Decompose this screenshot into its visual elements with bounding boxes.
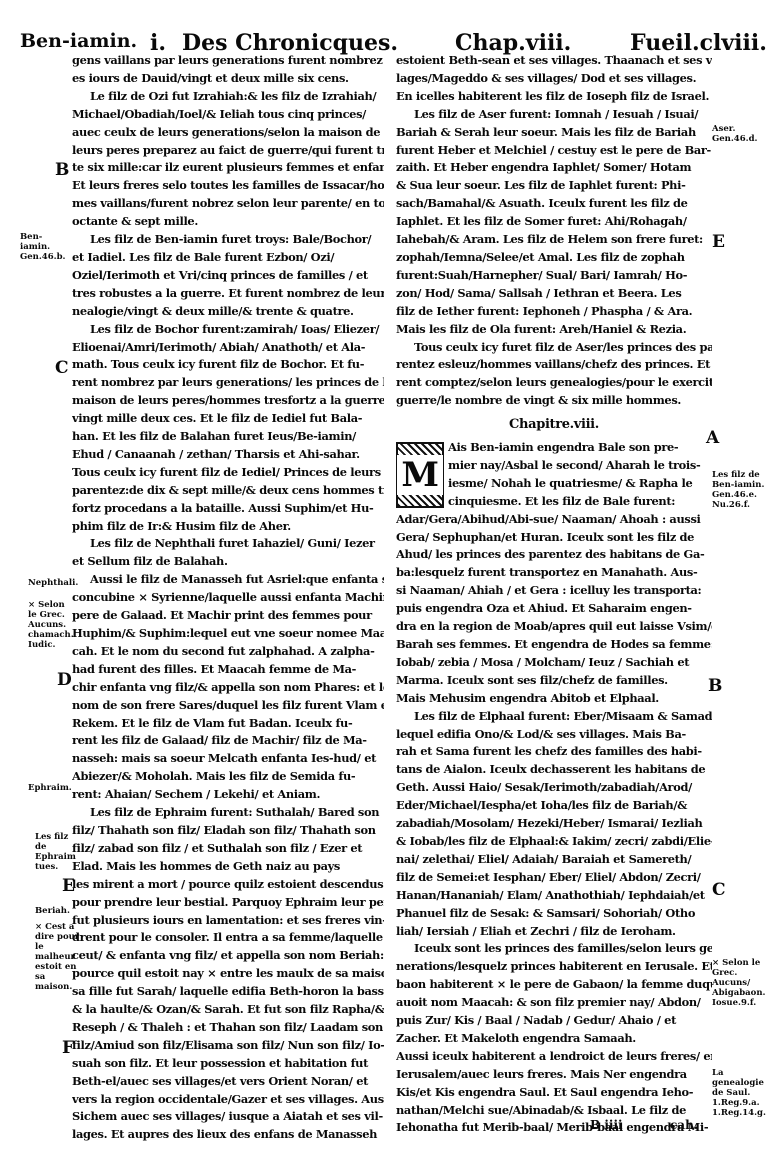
text-line: Hanan/Hananiah/ Elam/ Anathothiah/ Iephd… xyxy=(396,887,712,905)
margin-note-left: Les filz de Ephraim tues. xyxy=(35,832,81,872)
section-letter-marker: E xyxy=(62,876,75,896)
text-line: zophah/Iemna/Selee/et Amal. Les filz de … xyxy=(396,249,712,267)
section-letter-marker: E xyxy=(712,232,725,252)
text-line: nom de son frere Sares/duquel les filz f… xyxy=(72,697,384,715)
section-letter-marker: B xyxy=(55,160,69,180)
text-line: furent Heber et Melchiel / cestuy est le… xyxy=(396,142,712,160)
margin-note-left: Ephraim. xyxy=(28,783,74,793)
margin-note-left: Nephthali. xyxy=(28,578,74,588)
text-line: lequel edifia Ono/& Lod/& ses villages. … xyxy=(396,726,712,744)
text-line: Ehud / Canaanah / zethan/ Tharsis et Ahi… xyxy=(72,446,384,464)
text-line: rentez esleuz/hommes vaillans/chefz des … xyxy=(396,356,712,374)
text-line: nai/ zelethai/ Eliel/ Adaiah/ Baraiah et… xyxy=(396,851,712,869)
text-line: Tous ceulx icy furent filz de Iediel/ Pr… xyxy=(72,464,384,482)
text-line: rah et Sama furent les chefz des famille… xyxy=(396,743,712,761)
text-line: vingt mille deux ces. Et le filz de Iedi… xyxy=(72,410,384,428)
text-line: furent:Suah/Harnepher/ Sual/ Bari/ Iamra… xyxy=(396,267,712,285)
text-line: had furent des filles. Et Maacah femme d… xyxy=(72,661,384,679)
section-letter-marker: D xyxy=(57,670,72,690)
text-line: Oziel/Ierimoth et Vri/cinq princes de fa… xyxy=(72,267,384,285)
right-column-bottom-text: Adar/Gera/Abihud/Abi-sue/ Naaman/ Ahoah … xyxy=(396,511,712,1138)
text-line: filz de Semei:et Iesphan/ Eber/ Eliel/ A… xyxy=(396,869,712,887)
text-line: Ierusalem/auec leurs freres. Mais Ner en… xyxy=(396,1066,712,1084)
text-line: auoit nom Maacah: & son filz premier nay… xyxy=(396,994,712,1012)
text-line: lages. Et aupres des lieux des enfans de… xyxy=(72,1126,384,1144)
text-line: nerations/lesquelz princes habiterent en… xyxy=(396,958,712,976)
text-line: Elad. Mais les hommes de Geth naiz au pa… xyxy=(72,858,384,876)
text-line: Les filz de Ephraim furent: Suthalah/ Ba… xyxy=(72,804,384,822)
right-column-top-text: estoient Beth-sean et ses villages. Thaa… xyxy=(396,52,712,410)
section-letter-marker: A xyxy=(706,428,719,448)
text-line: Geth. Aussi Haio/ Sesak/Ierimoth/zabadia… xyxy=(396,779,712,797)
text-line: Phanuel filz de Sesak: & Samsari/ Sohori… xyxy=(396,905,712,923)
text-line: Les filz de Nephthali furet Iahaziel/ Gu… xyxy=(72,535,384,553)
margin-note-right: Les filz de Ben-iamin. Gen.46.e. Nu.26.f… xyxy=(712,470,776,510)
text-line: Ais Ben-iamin engendra Bale son pre- xyxy=(448,439,712,457)
text-line: Huphim/& Suphim:lequel eut vne soeur nom… xyxy=(72,625,384,643)
text-line: et Sellum filz de Balahah. xyxy=(72,553,384,571)
text-line: rent comptez/selon leurs genealogies/pou… xyxy=(396,374,712,392)
text-line: Bariah & Serah leur soeur. Mais les filz… xyxy=(396,124,712,142)
text-line: estoient Beth-sean et ses villages. Thaa… xyxy=(396,52,712,70)
text-line: pere de Galaad. Et Machir print des femm… xyxy=(72,607,384,625)
text-line: suah son filz. Et leur possession et hab… xyxy=(72,1055,384,1073)
right-text-column: estoient Beth-sean et ses villages. Thaa… xyxy=(396,52,712,1137)
text-line: ceut/ & enfanta vng filz/ et appella son… xyxy=(72,947,384,965)
margin-note-left: × Selon le Grec. Aucuns. chamach. Iudic. xyxy=(28,600,74,650)
text-line: baon habiterent × le pere de Gabaon/ la … xyxy=(396,976,712,994)
text-line: & Iobab/les filz de Elphaal:& Iakim/ zec… xyxy=(396,833,712,851)
text-line: tres robustes a la guerre. Et furent nom… xyxy=(72,285,384,303)
text-line: filz/Amiud son filz/Elisama son filz/ Nu… xyxy=(72,1037,384,1055)
initial-lines: Ais Ben-iamin engendra Bale son pre-mier… xyxy=(448,439,712,511)
text-line: Michael/Obadiah/Ioel/& Ieliah tous cinq … xyxy=(72,106,384,124)
text-line: fut plusieurs iours en lamentation: et s… xyxy=(72,912,384,930)
text-line: Le filz de Ozi fut Izrahiah:& les filz d… xyxy=(72,88,384,106)
text-line: puis engendra Oza et Ahiud. Et Saharaim … xyxy=(396,600,712,618)
section-letter-marker: F xyxy=(62,1038,74,1058)
text-line: concubine × Syrienne/laquelle aussi enfa… xyxy=(72,589,384,607)
text-line: dra en la region de Moab/apres quil eut … xyxy=(396,618,712,636)
text-line: Rekem. Et le filz de Vlam fut Badan. Ice… xyxy=(72,715,384,733)
text-line: cah. Et le nom du second fut zalphahad. … xyxy=(72,643,384,661)
text-line: han. Et les filz de Balahan furet Ieus/B… xyxy=(72,428,384,446)
text-line: Aussi iceulx habiterent a lendroict de l… xyxy=(396,1048,712,1066)
text-line: chir enfanta vng filz/& appella son nom … xyxy=(72,679,384,697)
decorated-initial-letter: M xyxy=(396,442,444,508)
text-line: et Iadiel. Les filz de Bale furent Ezbon… xyxy=(72,249,384,267)
text-line: Les filz de Elphaal furent: Eber/Misaam … xyxy=(396,708,712,726)
text-line: & la haulte/& Ozan/& Sarah. Et fut son f… xyxy=(72,1001,384,1019)
text-line: phim filz de Ir:& Husim filz de Aher. xyxy=(72,518,384,536)
text-line: filz/ Thahath son filz/ Eladah son filz/… xyxy=(72,822,384,840)
text-line: Elioenai/Amri/Ierimoth/ Abiah/ Anathoth/… xyxy=(72,339,384,357)
text-line: ba:lesquelz furent transportez en Manaha… xyxy=(396,564,712,582)
text-line: Iobab/ zebia / Mosa / Molcham/ Ieuz / Sa… xyxy=(396,654,712,672)
text-line: pour prendre leur bestial. Parquoy Ephra… xyxy=(72,894,384,912)
text-line: sach/Bamahal/& Asuath. Iceulx furent les… xyxy=(396,195,712,213)
chapter-opening: M Ais Ben-iamin engendra Bale son pre-mi… xyxy=(396,439,712,511)
text-line: Iahebah/& Aram. Les filz de Helem son fr… xyxy=(396,231,712,249)
margin-note-right: Aser. Gen.46.d. xyxy=(712,124,776,144)
text-line: rent nombrez par leurs generations/ les … xyxy=(72,374,384,392)
text-line: zabadiah/Mosolam/ Hezeki/Heber/ Ismarai/… xyxy=(396,815,712,833)
text-line: math. Tous ceulx icy furent filz de Boch… xyxy=(72,356,384,374)
text-line: cinquiesme. Et les filz de Bale furent: xyxy=(448,493,712,511)
text-line: Tous ceulx icy furet filz de Aser/les pr… xyxy=(396,339,712,357)
text-line: Gera/ Sephuphan/et Huran. Iceulx sont le… xyxy=(396,529,712,547)
text-line: vers la region occidentale/Gazer et ses … xyxy=(72,1091,384,1109)
text-line: mier nay/Asbal le second/ Aharah le troi… xyxy=(448,457,712,475)
text-line: te six mille:car ilz eurent plusieurs fe… xyxy=(72,159,384,177)
text-line: sa fille fut Sarah/ laquelle edifia Beth… xyxy=(72,983,384,1001)
text-line: nasseh: mais sa soeur Melcath enfanta Ie… xyxy=(72,750,384,768)
text-line: parentez:de dix & sept mille/& deux cens… xyxy=(72,482,384,500)
text-line: Les filz de Bochor furent:zamirah/ Ioas/… xyxy=(72,321,384,339)
chapter-heading: Chapitre.viii. xyxy=(396,410,712,439)
margin-note-right: × Selon le Grec. Aucuns/ Abigabaon. Iosu… xyxy=(712,958,776,1008)
text-line: rent: Ahaian/ Sechem / Lekehi/ et Aniam. xyxy=(72,786,384,804)
catchword: cah. xyxy=(670,1118,698,1132)
text-line: tans de Aialon. Iceulx dechasserent les … xyxy=(396,761,712,779)
text-line: Abiezer/& Moholah. Mais les filz de Semi… xyxy=(72,768,384,786)
text-line: Iehonatha fut Merib-baal/ Merib-baal eng… xyxy=(396,1119,712,1137)
text-line: nealogie/vingt & deux mille/& trente & q… xyxy=(72,303,384,321)
text-line: Eder/Michael/Iespha/et Ioha/les filz de … xyxy=(396,797,712,815)
left-text-column: gens vaillans par leurs generations fure… xyxy=(72,52,384,1144)
text-line: Sichem auec ses villages/ iusque a Aiata… xyxy=(72,1108,384,1126)
text-line: Iaphlet. Et les filz de Somer furet: Ahi… xyxy=(396,213,712,231)
text-line: octante & sept mille. xyxy=(72,213,384,231)
text-line: Kis/et Kis engendra Saul. Et Saul engend… xyxy=(396,1084,712,1102)
text-line: drent pour le consoler. Il entra a sa fe… xyxy=(72,929,384,947)
text-line: lages/Mageddo & ses villages/ Dod et ses… xyxy=(396,70,712,88)
text-line: Mais Mehusim engendra Abitob et Elphaal. xyxy=(396,690,712,708)
text-line: gens vaillans par leurs generations fure… xyxy=(72,52,384,70)
text-line: les mirent a mort / pource quilz estoien… xyxy=(72,876,384,894)
text-line: & Sua leur soeur. Les filz de Iaphlet fu… xyxy=(396,177,712,195)
text-line: nathan/Melchi sue/Abinadab/& Isbaal. Le … xyxy=(396,1102,712,1120)
section-letter-marker: C xyxy=(55,358,69,378)
initial-letter-glyph: M xyxy=(397,455,442,495)
margin-note-left: Ben-iamin. Gen.46.b. xyxy=(20,232,66,262)
text-line: Ahud/ les princes des parentez des habit… xyxy=(396,546,712,564)
text-line: filz de Iether furent: Iephoneh / Phasph… xyxy=(396,303,712,321)
text-line: Beth-el/auec ses villages/et vers Orient… xyxy=(72,1073,384,1091)
text-line: fortz procedans a la bataille. Aussi Sup… xyxy=(72,500,384,518)
text-line: es iours de Dauid/vingt et deux mille si… xyxy=(72,70,384,88)
margin-note-left: × Cest a dire pour le malheur estoit en … xyxy=(35,922,81,992)
section-letter-marker: B xyxy=(708,676,722,696)
text-line: Et leurs freres selo toutes les familles… xyxy=(72,177,384,195)
text-line: Barah ses femmes. Et engendra de Hodes s… xyxy=(396,636,712,654)
text-line: liah/ Iersiah / Eliah et Zechri / filz d… xyxy=(396,923,712,941)
text-line: zaith. Et Heber engendra Iaphlet/ Somer/… xyxy=(396,159,712,177)
text-line: iesme/ Nohah le quatriesme/ & Rapha le xyxy=(448,475,712,493)
text-line: Les filz de Aser furent: Iomnah / Iesuah… xyxy=(396,106,712,124)
text-line: Aussi le filz de Manasseh fut Asriel:que… xyxy=(72,571,384,589)
text-line: Zacher. Et Makeloth engendra Samaah. xyxy=(396,1030,712,1048)
text-line: mes vaillans/furent nobrez selon leur pa… xyxy=(72,195,384,213)
text-line: maison de leurs peres/hommes tresfortz a… xyxy=(72,392,384,410)
signature-mark: B iiii xyxy=(590,1118,623,1132)
text-line: Iceulx sont les princes des familles/sel… xyxy=(396,940,712,958)
text-line: auec ceulx de leurs generations/selon la… xyxy=(72,124,384,142)
margin-note-right: La genealogie de Saul. 1.Reg.9.a. 1.Reg.… xyxy=(712,1068,776,1118)
text-line: guerre/le nombre de vingt & six mille ho… xyxy=(396,392,712,410)
scanned-bible-page: Ben-iamin. i. Des Chronicques. Chap.viii… xyxy=(0,0,780,1150)
text-line: Reseph / & Thaleh : et Thahan son filz/ … xyxy=(72,1019,384,1037)
margin-note-left: Beriah. xyxy=(35,906,81,916)
text-line: En icelles habiterent les filz de Ioseph… xyxy=(396,88,712,106)
section-letter-marker: C xyxy=(712,880,726,900)
running-head-left: Ben-iamin. xyxy=(20,30,137,52)
text-line: leurs peres preparez au faict de guerre/… xyxy=(72,142,384,160)
text-line: Les filz de Ben-iamin furet troys: Bale/… xyxy=(72,231,384,249)
text-line: pource quil estoit nay × entre les maulx… xyxy=(72,965,384,983)
text-line: puis Zur/ Kis / Baal / Nadab / Gedur/ Ah… xyxy=(396,1012,712,1030)
text-line: filz/ zabad son filz / et Suthalah son f… xyxy=(72,840,384,858)
text-line: Adar/Gera/Abihud/Abi-sue/ Naaman/ Ahoah … xyxy=(396,511,712,529)
text-line: Mais les filz de Ola furent: Areh/Haniel… xyxy=(396,321,712,339)
text-line: si Naaman/ Ahiah / et Gera : icelluy les… xyxy=(396,582,712,600)
text-line: zon/ Hod/ Sama/ Sallsah / Iethran et Bee… xyxy=(396,285,712,303)
text-line: rent les filz de Galaad/ filz de Machir/… xyxy=(72,732,384,750)
text-line: Marma. Iceulx sont ses filz/chefz de fam… xyxy=(396,672,712,690)
